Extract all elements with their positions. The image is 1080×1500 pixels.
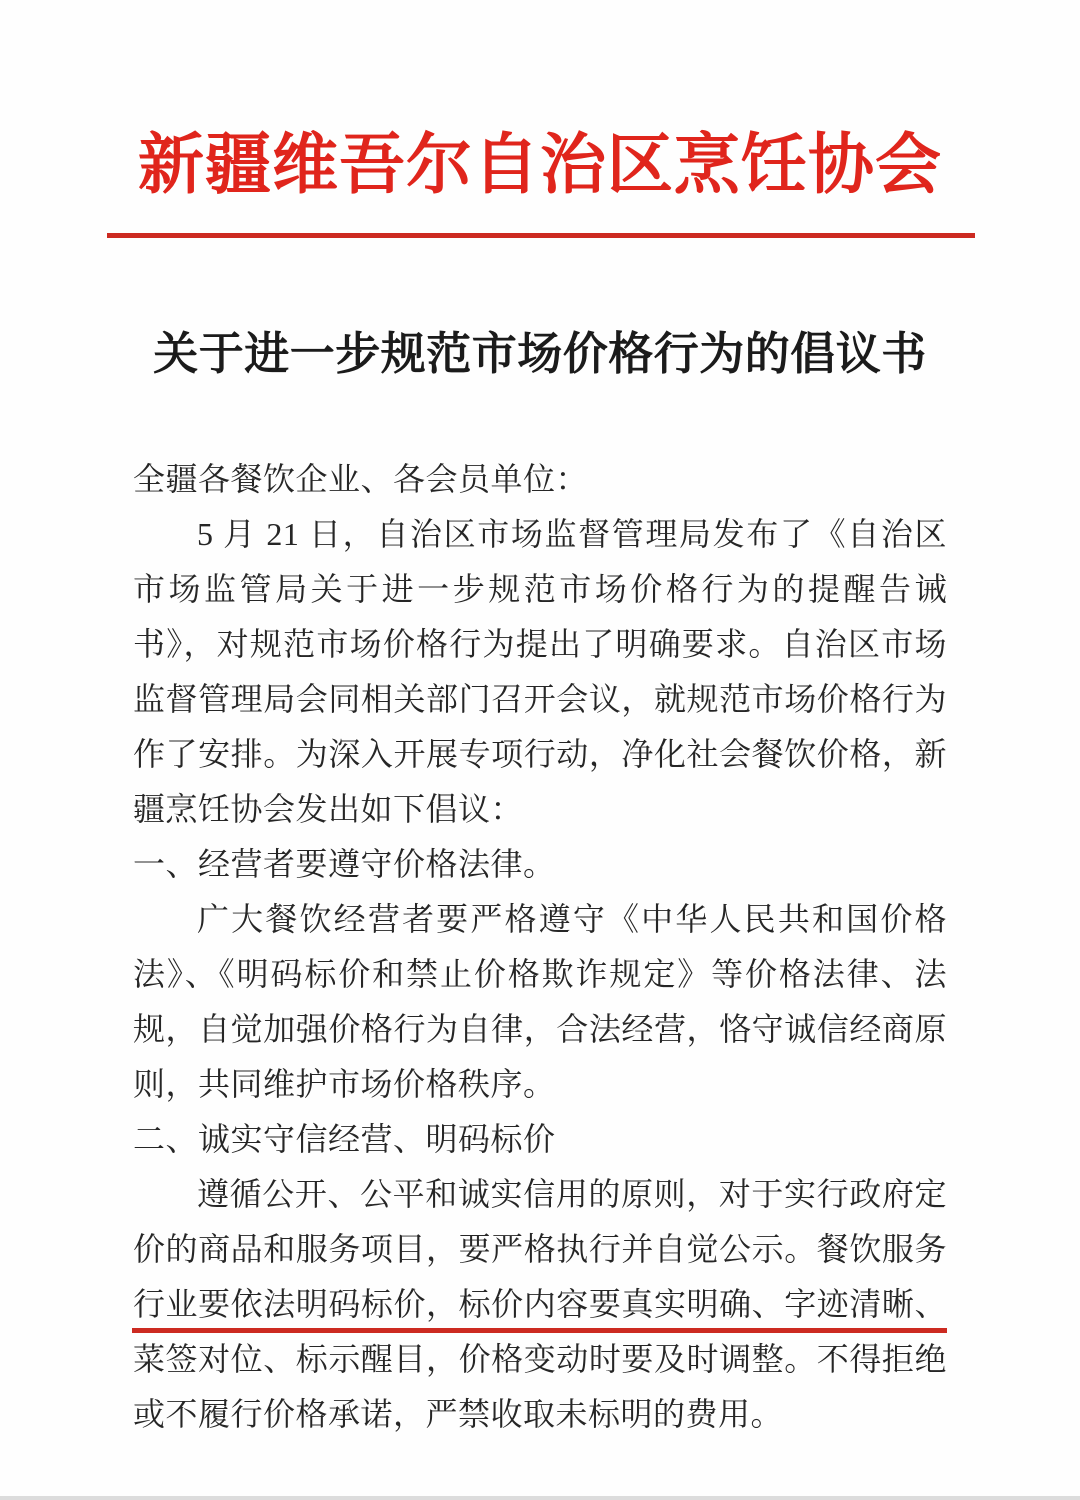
document-title: 关于进一步规范市场价格行为的倡议书 (0, 326, 1080, 382)
body-paragraph: 二、诚实守信经营、明码标价 (133, 1112, 947, 1167)
body-paragraph: 全疆各餐饮企业、各会员单位： (133, 452, 947, 507)
header-divider-line (107, 233, 975, 238)
organization-title: 新疆维吾尔自治区烹饪协会 (0, 126, 1080, 206)
body-paragraph: 遵循公开、公平和诚实信用的原则，对于实行政府定价的商品和服务项目，要严格执行并自… (133, 1167, 947, 1442)
document-body: 全疆各餐饮企业、各会员单位：5 月 21 日，自治区市场监督管理局发布了《自治区… (133, 452, 947, 1442)
footer-divider-line (132, 1328, 947, 1333)
page-bottom-edge (0, 1496, 1080, 1500)
body-paragraph: 5 月 21 日，自治区市场监督管理局发布了《自治区市场监管局关于进一步规范市场… (133, 507, 947, 837)
body-paragraph: 一、经营者要遵守价格法律。 (133, 837, 947, 892)
document-page: 新疆维吾尔自治区烹饪协会 关于进一步规范市场价格行为的倡议书 全疆各餐饮企业、各… (0, 0, 1080, 1500)
body-paragraph: 广大餐饮经营者要严格遵守《中华人民共和国价格法》、《明码标价和禁止价格欺诈规定》… (133, 892, 947, 1112)
